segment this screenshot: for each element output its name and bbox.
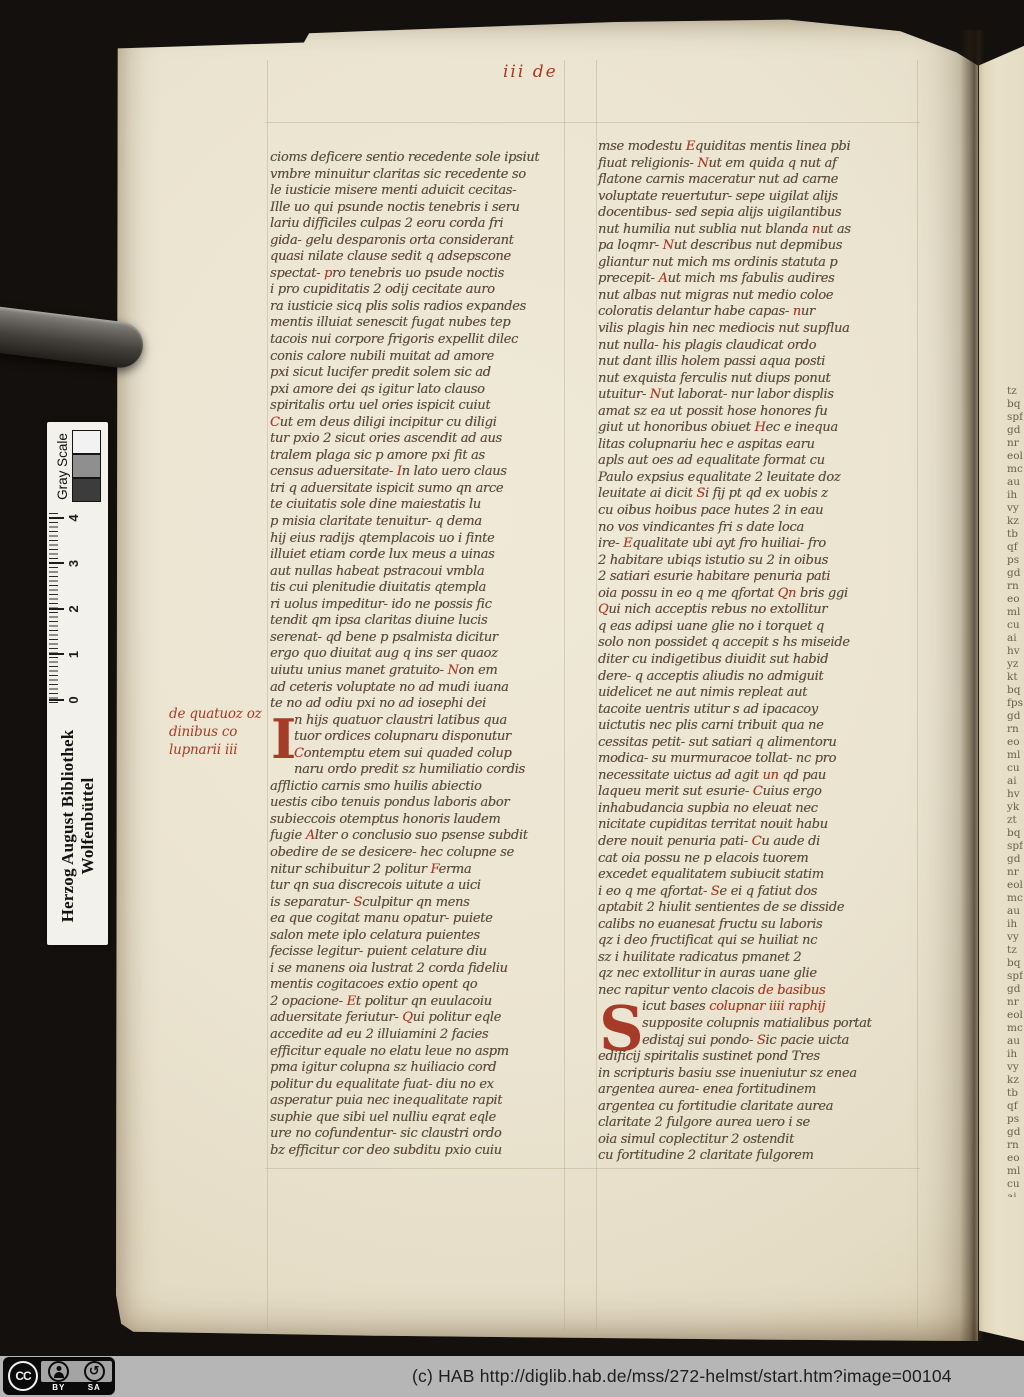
ink-text: fecisse legitur- puient celature diu	[270, 944, 487, 959]
ruler-minor-ticks	[49, 511, 58, 703]
manuscript-line: leuitate ai dicit Si fij pt qd ex uobis …	[598, 486, 920, 503]
manuscript-line: edistaj sui pondo- Sic pacie uicta	[598, 1033, 920, 1050]
ink-text: hij eius radijs qtemplacois uo i finte	[270, 531, 494, 546]
ink-text: ergo quo diuitat aug q ins ser quaoz	[270, 646, 498, 661]
cc-badge-icons: ↺	[41, 1361, 112, 1382]
ink-text: no vos vindicantes fri s date loca	[598, 520, 804, 535]
margin-note-line: de quatuoz oz	[169, 705, 279, 723]
ink-text: spectat-	[270, 266, 324, 281]
ink-text: q eas adipsi uane glie no i torquet q	[598, 619, 824, 634]
manuscript-line: subieccois otemptus honoris laudem	[270, 812, 566, 829]
rubric-text: E	[686, 139, 695, 154]
ink-text: aptabit 2 hiulit sentientes de se dissid…	[598, 900, 844, 915]
ink-text: voluptate reuertutur- sepe uigilat alijs	[598, 189, 838, 204]
ink-text: pxi sicut lucifer predit solem sic ad	[270, 365, 491, 380]
manuscript-line: apls aut oes ad equalitate format cu	[598, 453, 920, 470]
rubric-text: p	[324, 266, 332, 281]
cc-badge-right: ↺ BY SA	[41, 1359, 112, 1393]
ink-text: tacoite uentris utitur s ad ipacacoy	[598, 702, 818, 717]
ruling-line	[596, 60, 597, 1330]
ink-text: ut as	[820, 222, 851, 237]
ink-text: aut nullas habeat pstracoui vmbla	[270, 564, 484, 579]
ink-text: calibs no euanesat fructu su laboris	[598, 917, 822, 932]
manuscript-line: pxi sicut lucifer predit solem sic ad	[270, 365, 566, 382]
manuscript-line: mse modestu Equiditas mentis linea pbi	[598, 139, 920, 156]
rubric-text: S	[696, 486, 705, 501]
manuscript-line: spiritalis ortu uel ories ispicit cuiut	[270, 398, 566, 415]
manuscript-line: tur pxio 2 sicut ories ascendit ad aus	[270, 431, 566, 448]
ink-text: utuitur-	[598, 387, 650, 402]
manuscript-line: Cut em deus diligi incipitur cu diligi	[270, 415, 566, 432]
ink-text: icut bases	[642, 999, 709, 1014]
rubric-text: C	[294, 746, 304, 761]
manuscript-line: utuitur- Nut laborat- nur labor displis	[598, 387, 920, 404]
ink-text: culpitur qn mens	[362, 895, 469, 910]
manuscript-line: in scripturis basiu sse inueniutur sz en…	[598, 1066, 920, 1083]
ink-text: in scripturis basiu sse inueniutur sz en…	[598, 1066, 857, 1081]
ink-text: Paulo expsius equalitate 2 leuitate doz	[598, 470, 840, 485]
ruler-major-tick	[49, 699, 64, 701]
ink-text: tur qn sua discrecois uitute a uici	[270, 878, 481, 893]
library-name-line2: Wolfenbüttel	[78, 707, 98, 945]
manuscript-line: cu fortitudine 2 claritate fulgorem	[598, 1148, 920, 1165]
manuscript-line: argentea aurea- enea fortitudinem	[598, 1082, 920, 1099]
manuscript-line: edificij spiritalis sustinet pond Tres	[598, 1049, 920, 1066]
ink-text: asperatur puia nec inequalitate rapit	[270, 1093, 502, 1108]
manuscript-line: i se manens oia lustrat 2 corda fideliu	[270, 961, 566, 978]
manuscript-line: vmbre minuitur claritas sic recedente so	[270, 167, 566, 184]
ink-text: census aduersitate-	[270, 464, 397, 479]
rubric-text: N	[697, 156, 708, 171]
ink-text: nitur schibuitur 2 politur	[270, 862, 430, 877]
copyright-caption: (c) HAB http://diglib.hab.de/mss/272-hel…	[412, 1356, 952, 1397]
ink-text: is separatur-	[270, 895, 354, 910]
cc-badge-labels: BY SA	[41, 1382, 112, 1393]
manuscript-line: dere- q acceptis aliudis no admiguit	[598, 669, 920, 686]
ink-text: i fij pt qd ex uobis z	[705, 486, 828, 501]
ink-text: oia possu in eo q me qfortat	[598, 586, 778, 601]
ink-text: nut nulla- his plagis claudicat ordo	[598, 338, 816, 353]
manuscript-line: tur qn sua discrecois uitute a uici	[270, 878, 566, 895]
manuscript-line: aptabit 2 hiulit sentientes de se dissid…	[598, 900, 920, 917]
rubric-text: S	[354, 895, 363, 910]
ink-text: solo non possidet q accepit s hs miseide	[598, 635, 850, 650]
rubric-text: Q	[598, 602, 608, 617]
manuscript-line: nitur schibuitur 2 politur Ferma	[270, 862, 566, 879]
ink-text: ure no cofundentur- sic claustri ordo	[270, 1126, 501, 1141]
manuscript-line: mentis illuiat senescit fugat nubes tep	[270, 315, 566, 332]
ink-text: 2 opacione-	[270, 994, 347, 1009]
manuscript-line: diter cu indigetibus diuidit sut habid	[598, 652, 920, 669]
ink-text: le iusticie misere menti aduicit cecitas…	[270, 183, 516, 198]
gray-scale-swatch	[72, 455, 101, 479]
ink-text: oia simul coplectitur 2 ostendit	[598, 1132, 794, 1147]
ink-text: cu fortitudine 2 claritate fulgorem	[598, 1148, 814, 1163]
ink-text: sz i huilitate radicatus pmanet 2	[598, 950, 801, 965]
ink-text: ut describus nut depmibus	[674, 238, 842, 253]
ink-text: giut ut honoribus obiuet	[598, 420, 754, 435]
manuscript-line: no vos vindicantes fri s date loca	[598, 520, 920, 537]
ink-text: qz i deo fructificat qui se huiliat nc	[598, 933, 817, 948]
manuscript-line: pxi amore dei qs igitur lato clauso	[270, 382, 566, 399]
ink-text: ra iusticie sicq plis solis radios expan…	[270, 299, 526, 314]
ink-text: edificij spiritalis sustinet pond Tres	[598, 1049, 820, 1064]
ink-text: politur du equalitate fuat- diu no ex	[270, 1077, 494, 1092]
manuscript-line: docentibus- sed sepia alijs uigilantibus	[598, 205, 920, 222]
manuscript-line: Sicut bases colupnar iiii raphij	[598, 999, 920, 1016]
manuscript-line: afflictio carnis smo huilis abiectio	[270, 779, 566, 796]
rubric-text: E	[347, 994, 356, 1009]
rubric-text: C	[753, 784, 763, 799]
manuscript-line: ri uolus impeditur- ido ne possis fic	[270, 597, 566, 614]
ink-text: fugie	[270, 828, 306, 843]
ink-text: subieccois otemptus honoris laudem	[270, 812, 500, 827]
manuscript-line: census aduersitate- In lato uero claus	[270, 464, 566, 481]
ink-text: mse modestu	[598, 139, 686, 154]
manuscript-line: Ille uo qui psunde noctis tenebris i ser…	[270, 200, 566, 217]
gray-scale-swatches	[72, 431, 101, 503]
ink-text: efficitur equale no elatu leue no aspm	[270, 1044, 509, 1059]
ink-text: obedire de se desicere- hec colupne se	[270, 845, 514, 860]
manuscript-line: calibs no euanesat fructu su laboris	[598, 917, 920, 934]
manuscript-line: te ciuitatis sole dine maiestatis lu	[270, 497, 566, 514]
ink-text: supposite colupnis matialibus portat	[642, 1016, 871, 1031]
manuscript-line: le iusticie misere menti aduicit cecitas…	[270, 183, 566, 200]
ink-text: modica- su murmuracoe tollat- nc pro	[598, 751, 836, 766]
ruler-number: 2	[66, 601, 81, 617]
manuscript-line: tendit qm ipsa claritas diuine lucis	[270, 613, 566, 630]
manuscript-line: oia simul coplectitur 2 ostendit	[598, 1132, 920, 1149]
manuscript-line: ergo quo diuitat aug q ins ser quaoz	[270, 646, 566, 663]
manuscript-line: fecisse legitur- puient celature diu	[270, 944, 566, 961]
ink-text: tri q aduersitate ispicit sumo qn arce	[270, 481, 503, 496]
ink-text: quiditas mentis linea pbi	[695, 139, 850, 154]
ink-text: dere nouit penuria pati-	[598, 834, 752, 849]
manuscript-line: nut nulla- his plagis claudicat ordo	[598, 338, 920, 355]
manuscript-line: flatone carnis maceratur nut ad carne	[598, 172, 920, 189]
ink-text: fiuat religionis-	[598, 156, 697, 171]
book-gutter-shadow	[960, 30, 984, 1341]
manuscript-line: i pro cupiditatis 2 odij cecitate auro	[270, 282, 566, 299]
manuscript-line: uidelicet ne aut nimis repleat aut	[598, 685, 920, 702]
manuscript-line: aut nullas habeat pstracoui vmbla	[270, 564, 566, 581]
manuscript-line: illuiet etiam corde lux meus a uinas	[270, 547, 566, 564]
manuscript-line: q eas adipsi uane glie no i torquet q	[598, 619, 920, 636]
manuscript-line: ure no cofundentur- sic claustri ordo	[270, 1126, 566, 1143]
ink-text: argentea cu fortitudie claritate aurea	[598, 1099, 833, 1114]
manuscript-line: litas colupnariu hec e aspitas earu	[598, 437, 920, 454]
rubric-text: C	[752, 834, 762, 849]
rubric-text: un	[762, 768, 778, 783]
ink-text: ire-	[598, 536, 623, 551]
sa-arrow-glyph: ↺	[89, 1365, 100, 1378]
manuscript-line: voluptate reuertutur- sepe uigilat alijs	[598, 189, 920, 206]
ink-text: 2 habitare ubiqs istutio su 2 in oibus	[598, 553, 828, 568]
manuscript-line: mentis cogitacoes extio opent qo	[270, 977, 566, 994]
rubric-text: H	[754, 420, 765, 435]
ink-text: nut exquista ferculis nut diups ponut	[598, 371, 830, 386]
person-body	[54, 1372, 64, 1378]
manuscript-line: modica- su murmuracoe tollat- nc pro	[598, 751, 920, 768]
manuscript-line: inhabudancia supbia no eleuat nec	[598, 801, 920, 818]
folio-heading: iii de	[503, 62, 558, 82]
rubric-text: Qn	[778, 586, 796, 601]
ink-text: qz nec extollitur in auras uane glie	[598, 966, 817, 981]
manuscript-line: fugie Alter o conclusio suo psense subdi…	[270, 828, 566, 845]
manuscript-line: Qui nich acceptis rebus no extollitur	[598, 602, 920, 619]
ink-text: naru ordo predit sz humiliatio cordis	[294, 762, 525, 777]
ink-text: p misia claritate tenuitur- q dema	[270, 514, 482, 529]
ink-text: i se manens oia lustrat 2 corda fideliu	[270, 961, 508, 976]
manuscript-line: nec rapitur vento clacois de basibus	[598, 983, 920, 1000]
ink-text: excedet equalitatem subiucit statim	[598, 867, 824, 882]
ruler-major-tick	[49, 517, 64, 519]
margin-note-line: dinibus co	[169, 723, 279, 741]
manuscript-line: sz i huilitate radicatus pmanet 2	[598, 950, 920, 967]
ruler-number: 0	[66, 692, 81, 708]
manuscript-line: necessitate uictus ad agit un qd pau	[598, 768, 920, 785]
ink-text: flatone carnis maceratur nut ad carne	[598, 172, 838, 187]
manuscript-line: qz nec extollitur in auras uane glie	[598, 966, 920, 983]
manuscript-line: Contemptu etem sui quaded colup	[270, 746, 566, 763]
gray-scale-swatch	[72, 431, 101, 455]
manuscript-line: cat oia possu ne p elacois tuorem	[598, 851, 920, 868]
ink-text: serenat- qd bene p psalmista dicitur	[270, 630, 498, 645]
ink-text: ad ceteris voluptate no ad mudi iuana	[270, 680, 508, 695]
manuscript-line: efficitur equale no elatu leue no aspm	[270, 1044, 566, 1061]
ink-text: nut albas nut migras nut medio coloe	[598, 288, 833, 303]
ink-text: ut laborat- nur labor displis	[661, 387, 834, 402]
ink-text: claritate 2 fulgore aurea uero i se	[598, 1115, 810, 1130]
manuscript-line: aduersitate feriutur- Qui politur eqle	[270, 1010, 566, 1027]
ink-text: coloratis delantur habe capas-	[598, 304, 793, 319]
ink-text: diter cu indigetibus diuidit sut habid	[598, 652, 828, 667]
manuscript-line: bz efficitur cor deo subditu pxio cuiu	[270, 1143, 566, 1160]
rubric-text: N	[650, 387, 661, 402]
cc-license-badge: CC ↺ BY SA	[3, 1357, 115, 1395]
rubric-text: N	[663, 238, 674, 253]
ink-text: pa loqmr-	[598, 238, 663, 253]
manuscript-line: excedet equalitatem subiucit statim	[598, 867, 920, 884]
manuscript-line: vilis plagis hin nec mediocis nut supflu…	[598, 321, 920, 338]
ink-text: te no ad odiu pxi no ad iosephi dei	[270, 696, 486, 711]
sa-arrow-icon: ↺	[84, 1361, 105, 1382]
manuscript-line: te no ad odiu pxi no ad iosephi dei	[270, 696, 566, 713]
ink-text: quasi nilate clause sedit q adsepscone	[270, 249, 511, 264]
ink-text: bz efficitur cor deo subditu pxio cuiu	[270, 1143, 502, 1158]
manuscript-line: serenat- qd bene p psalmista dicitur	[270, 630, 566, 647]
rubric-text: n	[812, 222, 820, 237]
ink-text: tralem plaga sic p amore pxi fit as	[270, 448, 485, 463]
manuscript-line: solo non possidet q accepit s hs miseide	[598, 635, 920, 652]
ink-text: i pro cupiditatis 2 odij cecitate auro	[270, 282, 495, 297]
manuscript-line: tacoite uentris utitur s ad ipacacoy	[598, 702, 920, 719]
ruler-major-tick	[49, 563, 64, 565]
ink-text: n hijs quatuor claustri latibus qua	[294, 713, 507, 728]
ink-text: ri uolus impeditur- ido ne possis fic	[270, 597, 492, 612]
ink-text: gliantur nut mich ms ordinis statuta p	[598, 255, 837, 270]
ink-text: pxi amore dei qs igitur lato clauso	[270, 382, 485, 397]
ink-text: uius ergo	[762, 784, 821, 799]
ink-text: u aude di	[761, 834, 820, 849]
ink-text: uiutu unius manet gratuito-	[270, 663, 447, 678]
ink-text: Ille uo qui psunde noctis tenebris i ser…	[270, 200, 520, 215]
ruler-major-tick	[49, 608, 64, 610]
rubric-text: E	[623, 536, 632, 551]
manuscript-line: supposite colupnis matialibus portat	[598, 1016, 920, 1033]
manuscript-line: laqueu merit sut esurie- Cuius ergo	[598, 784, 920, 801]
manuscript-line: politur du equalitate fuat- diu no ex	[270, 1077, 566, 1094]
ink-text: ur	[801, 304, 815, 319]
ink-text: nut humilia nut sublia nut blanda	[598, 222, 812, 237]
person-head	[56, 1366, 61, 1371]
ink-text: on em	[459, 663, 498, 678]
manuscript-line: naru ordo predit sz humiliatio cordis	[270, 762, 566, 779]
ink-text: mentis illuiat senescit fugat nubes tep	[270, 315, 510, 330]
manuscript-line: Paulo expsius equalitate 2 leuitate doz	[598, 470, 920, 487]
ink-text: lariu difficiles culpas 2 eoru corda fri	[270, 216, 503, 231]
manuscript-line: fiuat religionis- Nut em quida q nut af	[598, 156, 920, 173]
manuscript-line: amat sz ea ut possit hose honores fu	[598, 404, 920, 421]
ink-text: dere- q acceptis aliudis no admiguit	[598, 669, 823, 684]
manuscript-line: cu oibus hoibus pace hutes 2 in eau	[598, 503, 920, 520]
ruler-number: 1	[66, 647, 81, 663]
manuscript-line: ad ceteris voluptate no ad mudi iuana	[270, 680, 566, 697]
ink-text: ut mich ms fabulis audires	[668, 271, 835, 286]
ink-text: aduersitate feriutur-	[270, 1010, 402, 1025]
rubric-text: A	[306, 828, 315, 843]
facing-page-text-fragments: tzbqspfgdnreolmcauihvykztbqfpsgdrneomlcu…	[1007, 385, 1023, 1197]
manuscript-line: cioms deficere sentio recedente sole ips…	[270, 150, 566, 167]
ruler-card-content: Herzog August Bibliothek Wolfenbüttel 01…	[47, 422, 108, 945]
ink-text: docentibus- sed sepia alijs uigilantibus	[598, 205, 841, 220]
manuscript-line: pma igitur colupna sz huiliacio cord	[270, 1060, 566, 1077]
text-column-left: cioms deficere sentio recedente sole ips…	[270, 150, 566, 1159]
manuscript-line: cessitas petit- sut satiari q alimentoru	[598, 735, 920, 752]
manuscript-line: suphie que sibi uel nulliu eqrat eqle	[270, 1110, 566, 1127]
ink-text: tendit qm ipsa claritas diuine lucis	[270, 613, 487, 628]
rubric-text: colupnar iiii raphij	[709, 999, 825, 1014]
ink-text: nut dant illis holem passi aqua posti	[598, 354, 825, 369]
manuscript-line: gliantur nut mich ms ordinis statuta p	[598, 255, 920, 272]
manuscript-line: nut humilia nut sublia nut blanda nut as	[598, 222, 920, 239]
ink-text: ui politur eqle	[413, 1010, 501, 1025]
ink-text: ro tenebris uo psude noctis	[332, 266, 504, 281]
ink-text: ut em quida q nut af	[708, 156, 836, 171]
ink-text: cioms deficere sentio recedente sole ips…	[270, 150, 539, 165]
manuscript-line: asperatur puia nec inequalitate rapit	[270, 1093, 566, 1110]
ink-text: inhabudancia supbia no eleuat nec	[598, 801, 818, 816]
ink-text: vmbre minuitur claritas sic recedente so	[270, 167, 526, 182]
ink-text: ec e inequa	[765, 420, 837, 435]
manuscript-line: In hijs quatuor claustri latibus qua	[270, 713, 566, 730]
manuscript-line: ea que cogitat manu opatur- puiete	[270, 911, 566, 928]
ink-text: salon mete iplo celatura puientes	[270, 928, 480, 943]
manuscript-line: uestis cibo tenuis pondus laboris abor	[270, 795, 566, 812]
manuscript-line: tacois nui corpore frigoris expellit dil…	[270, 332, 566, 349]
manuscript-line: nut exquista ferculis nut diups ponut	[598, 371, 920, 388]
ink-text: leuitate ai dicit	[598, 486, 696, 501]
ink-text: uictutis nec plis carni tribuit qua ne	[598, 718, 823, 733]
ink-text: amat sz ea ut possit hose honores fu	[598, 404, 827, 419]
manuscript-line: oia possu in eo q me qfortat Qn bris ggi	[598, 586, 920, 603]
ink-text: e ei q fatiut dos	[719, 884, 817, 899]
ink-text: nicitate cupiditas territat nouit habu	[598, 817, 828, 832]
manuscript-line: tis cui plenitudie diuitatis qtempla	[270, 580, 566, 597]
manuscript-line: pa loqmr- Nut describus nut depmibus	[598, 238, 920, 255]
ink-text: edistaj sui pondo-	[642, 1033, 757, 1048]
ink-text: tacois nui corpore frigoris expellit dil…	[270, 332, 518, 347]
ink-text: litas colupnariu hec e aspitas earu	[598, 437, 815, 452]
ruler-scale: 01234	[47, 507, 108, 707]
ruler-major-tick	[49, 654, 64, 656]
manuscript-line: obedire de se desicere- hec colupne se	[270, 845, 566, 862]
ink-text: cu oibus hoibus pace hutes 2 in eau	[598, 503, 823, 518]
ink-text: gida- gelu desparonis orta considerant	[270, 233, 514, 248]
manuscript-line: giut ut honoribus obiuet Hec e inequa	[598, 420, 920, 437]
manuscript-line: gida- gelu desparonis orta considerant	[270, 233, 566, 250]
ink-text: cat oia possu ne p elacois tuorem	[598, 851, 808, 866]
manuscript-line: tri q aduersitate ispicit sumo qn arce	[270, 481, 566, 498]
rubric-text: de basibus	[758, 983, 825, 998]
manuscript-line: 2 satiari esurie habitare penuria pati	[598, 569, 920, 586]
ink-text: pma igitur colupna sz huiliacio cord	[270, 1060, 496, 1075]
ink-text: laqueu merit sut esurie-	[598, 784, 753, 799]
manuscript-line: tralem plaga sic p amore pxi fit as	[270, 448, 566, 465]
gray-scale-section: Gray Scale	[47, 422, 108, 507]
manuscript-line: nut dant illis holem passi aqua posti	[598, 354, 920, 371]
ink-text: uestis cibo tenuis pondus laboris abor	[270, 795, 509, 810]
ink-text: illuiet etiam corde lux meus a uinas	[270, 547, 494, 562]
ink-text: 2 satiari esurie habitare penuria pati	[598, 569, 830, 584]
ink-text: ic pacie uicta	[765, 1033, 849, 1048]
by-person-icon	[48, 1361, 69, 1382]
manuscript-line: p misia claritate tenuitur- q dema	[270, 514, 566, 531]
manuscript-line: coloratis delantur habe capas- nur	[598, 304, 920, 321]
ruler-number: 3	[66, 556, 81, 572]
ruler-card: Herzog August Bibliothek Wolfenbüttel 01…	[47, 422, 108, 945]
gray-scale-label: Gray Scale	[55, 433, 70, 500]
gray-scale-swatch	[72, 479, 101, 503]
manuscript-line: uiutu unius manet gratuito- Non em	[270, 663, 566, 680]
ink-text: precepit-	[598, 271, 658, 286]
ink-text: i eo q me qfortat-	[598, 884, 711, 899]
ink-text: qd pau	[779, 768, 826, 783]
manuscript-line: claritate 2 fulgore aurea uero i se	[598, 1115, 920, 1132]
rubric-text: A	[658, 271, 667, 286]
ink-text: uidelicet ne aut nimis repleat aut	[598, 685, 807, 700]
ink-text: afflictio carnis smo huilis abiectio	[270, 779, 481, 794]
ink-text: spiritalis ortu uel ories ispicit cuiut	[270, 398, 490, 413]
cc-icon: CC	[8, 1361, 38, 1391]
manuscript-line: tuor ordices colupnaru disponutur	[270, 729, 566, 746]
ink-text: tuor ordices colupnaru disponutur	[294, 729, 511, 744]
caption-bar: (c) HAB http://diglib.hab.de/mss/272-hel…	[0, 1356, 1024, 1397]
rubric-text: C	[270, 415, 280, 430]
ink-text: ea que cogitat manu opatur- puiete	[270, 911, 492, 926]
rubric-text: Q	[402, 1010, 412, 1025]
ink-text: qualitate ubi ayt fro huiliai- fro	[632, 536, 826, 551]
ink-text: suphie que sibi uel nulliu eqrat eqle	[270, 1110, 496, 1125]
manuscript-line: nicitate cupiditas territat nouit habu	[598, 817, 920, 834]
ink-text: lter o conclusio suo psense subdit	[315, 828, 528, 843]
manuscript-line: is separatur- Sculpitur qn mens	[270, 895, 566, 912]
manuscript-line: precepit- Aut mich ms fabulis audires	[598, 271, 920, 288]
ink-text: t politur qn euulacoiu	[356, 994, 492, 1009]
ink-text: conis calore nubili muitat ad amore	[270, 349, 494, 364]
manuscript-line: qz i deo fructificat qui se huiliat nc	[598, 933, 920, 950]
ink-text: necessitate uictus ad agit	[598, 768, 762, 783]
